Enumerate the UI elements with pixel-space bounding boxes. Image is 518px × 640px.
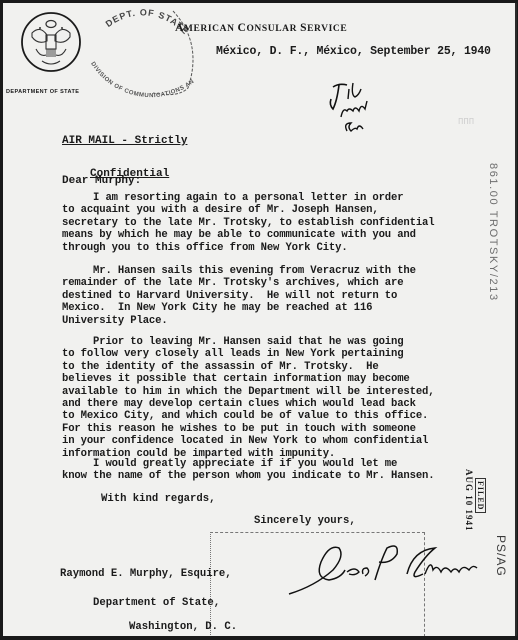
subject-line-1: AIR MAIL - Strictly: [62, 136, 187, 147]
subject-line: AIR MAIL - Strictly Confidential: [62, 114, 187, 202]
filed-stamp: FILED: [475, 478, 486, 513]
addressee-city: Washington, D. C.: [129, 621, 237, 633]
paragraph-4: I would greatly appreciate if if you wou…: [62, 458, 434, 483]
faint-bleedthrough-text: ΠΠΠ: [458, 117, 474, 127]
closing-regards: With kind regards,: [101, 493, 215, 505]
department-label: DEPARTMENT OF STATE: [6, 89, 79, 95]
letter-page: DEPARTMENT OF STATE DEPT. OF STATE DIVIS…: [3, 3, 517, 636]
file-number-stamp: 861.00 TROTSKY/213: [487, 163, 499, 302]
routing-mark: PS/AG: [494, 535, 508, 577]
received-stamp: DEPT. OF STATE DIVISION OF COMMUNICATION…: [83, 3, 198, 103]
addressee-department: Department of State,: [93, 597, 220, 609]
handwritten-file-note: [325, 79, 395, 139]
dateline: México, D. F., México, September 25, 194…: [216, 45, 491, 58]
paragraph-1: I am resorting again to a personal lette…: [62, 192, 434, 254]
closing-sincerely: Sincerely yours,: [254, 515, 356, 527]
paragraph-3: Prior to leaving Mr. Hansen said that he…: [62, 336, 434, 460]
addressee-name: Raymond E. Murphy, Esquire,: [60, 568, 232, 580]
paragraph-2: Mr. Hansen sails this evening from Verac…: [62, 265, 416, 327]
consular-service-heading: AMERICAN CONSULAR SERVICE: [175, 22, 347, 34]
eagle-seal-icon: [20, 11, 82, 73]
salutation: Dear Murphy:: [62, 175, 141, 187]
handwritten-signature: [285, 540, 480, 598]
filed-date-stamp: AUG 10 1941: [464, 469, 474, 532]
